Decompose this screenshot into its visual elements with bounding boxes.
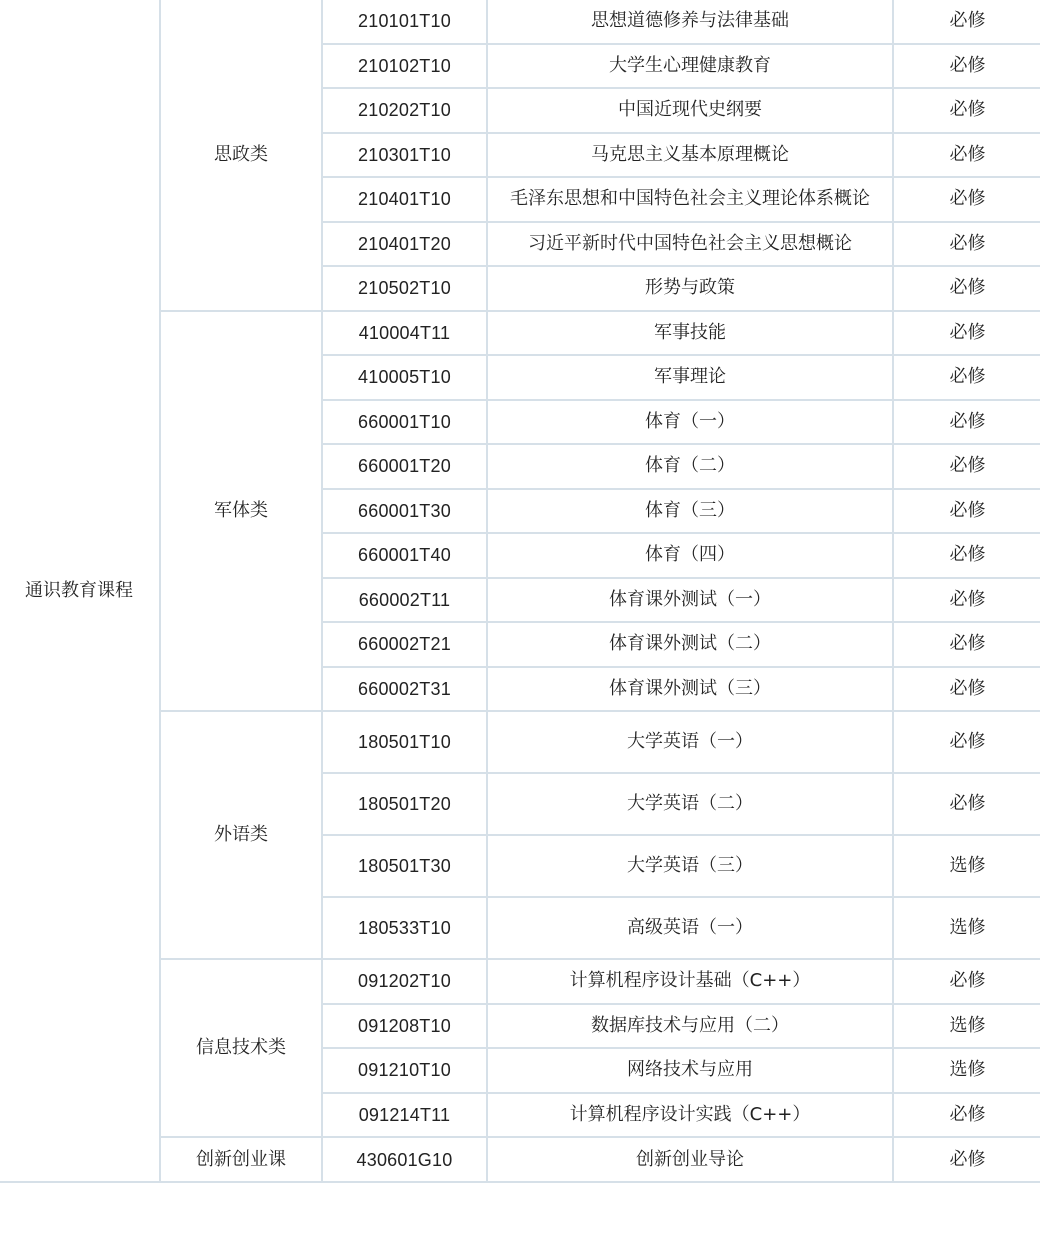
- course-code: 210301T10: [322, 133, 487, 178]
- course-requirement: 必修: [893, 444, 1040, 489]
- course-name: 毛泽东思想和中国特色社会主义理论体系概论: [487, 177, 893, 222]
- course-requirement: 必修: [893, 88, 1040, 133]
- course-name: 体育（一）: [487, 400, 893, 445]
- course-name: 计算机程序设计实践（C++）: [487, 1093, 893, 1138]
- course-code: 410004T11: [322, 311, 487, 356]
- course-code: 180501T10: [322, 711, 487, 773]
- course-code: 091202T10: [322, 959, 487, 1004]
- course-code: 210102T10: [322, 44, 487, 89]
- course-code: 660001T30: [322, 489, 487, 534]
- course-code: 210401T20: [322, 222, 487, 267]
- course-name: 大学生心理健康教育: [487, 44, 893, 89]
- course-code: 180501T30: [322, 835, 487, 897]
- course-requirement: 必修: [893, 959, 1040, 1004]
- course-name: 体育课外测试（二）: [487, 622, 893, 667]
- course-name: 体育（二）: [487, 444, 893, 489]
- course-code: 660002T11: [322, 578, 487, 623]
- course-name: 体育（三）: [487, 489, 893, 534]
- course-requirement: 必修: [893, 533, 1040, 578]
- course-code: 210202T10: [322, 88, 487, 133]
- course-code: 660002T21: [322, 622, 487, 667]
- course-name: 大学英语（三）: [487, 835, 893, 897]
- course-requirement: 必修: [893, 489, 1040, 534]
- course-requirement: 选修: [893, 835, 1040, 897]
- category-cell: 军体类: [160, 311, 322, 712]
- course-requirement: 必修: [893, 578, 1040, 623]
- course-requirement: 必修: [893, 222, 1040, 267]
- course-name: 习近平新时代中国特色社会主义思想概论: [487, 222, 893, 267]
- course-code: 660001T40: [322, 533, 487, 578]
- course-code: 180533T10: [322, 897, 487, 959]
- course-code: 091210T10: [322, 1048, 487, 1093]
- course-name: 军事技能: [487, 311, 893, 356]
- course-requirement: 必修: [893, 1137, 1040, 1182]
- course-code: 210502T10: [322, 266, 487, 311]
- course-requirement: 必修: [893, 266, 1040, 311]
- course-requirement: 选修: [893, 1004, 1040, 1049]
- curriculum-table: 通识教育课程 思政类 210101T10 思想道德修养与法律基础 必修 2101…: [0, 0, 1040, 1183]
- course-requirement: 选修: [893, 897, 1040, 959]
- course-name: 马克思主义基本原理概论: [487, 133, 893, 178]
- course-code: 210401T10: [322, 177, 487, 222]
- course-code: 091208T10: [322, 1004, 487, 1049]
- course-requirement: 必修: [893, 667, 1040, 712]
- curriculum-table-container: 通识教育课程 思政类 210101T10 思想道德修养与法律基础 必修 2101…: [0, 0, 1040, 1234]
- course-requirement: 必修: [893, 311, 1040, 356]
- course-requirement: 必修: [893, 622, 1040, 667]
- course-name: 数据库技术与应用（二）: [487, 1004, 893, 1049]
- course-code: 410005T10: [322, 355, 487, 400]
- course-requirement: 必修: [893, 400, 1040, 445]
- course-name: 思想道德修养与法律基础: [487, 0, 893, 44]
- course-requirement: 必修: [893, 355, 1040, 400]
- course-name: 形势与政策: [487, 266, 893, 311]
- course-code: 660001T10: [322, 400, 487, 445]
- course-requirement: 必修: [893, 133, 1040, 178]
- course-name: 军事理论: [487, 355, 893, 400]
- course-code: 430601G10: [322, 1137, 487, 1182]
- course-code: 091214T11: [322, 1093, 487, 1138]
- course-requirement: 必修: [893, 177, 1040, 222]
- course-code: 660002T31: [322, 667, 487, 712]
- course-name: 创新创业导论: [487, 1137, 893, 1182]
- course-requirement: 必修: [893, 711, 1040, 773]
- course-name: 中国近现代史纲要: [487, 88, 893, 133]
- course-requirement: 必修: [893, 773, 1040, 835]
- course-type-cell: 通识教育课程: [0, 0, 160, 1182]
- course-code: 660001T20: [322, 444, 487, 489]
- course-name: 体育课外测试（一）: [487, 578, 893, 623]
- course-name: 大学英语（二）: [487, 773, 893, 835]
- course-name: 体育（四）: [487, 533, 893, 578]
- course-requirement: 必修: [893, 1093, 1040, 1138]
- course-code: 210101T10: [322, 0, 487, 44]
- category-cell: 信息技术类: [160, 959, 322, 1137]
- table-row: 通识教育课程 思政类 210101T10 思想道德修养与法律基础 必修: [0, 0, 1040, 44]
- course-code: 180501T20: [322, 773, 487, 835]
- category-cell: 外语类: [160, 711, 322, 959]
- course-name: 体育课外测试（三）: [487, 667, 893, 712]
- category-cell: 创新创业课: [160, 1137, 322, 1182]
- course-requirement: 必修: [893, 0, 1040, 44]
- course-name: 计算机程序设计基础（C++）: [487, 959, 893, 1004]
- course-requirement: 必修: [893, 44, 1040, 89]
- course-name: 高级英语（一）: [487, 897, 893, 959]
- course-name: 网络技术与应用: [487, 1048, 893, 1093]
- course-name: 大学英语（一）: [487, 711, 893, 773]
- course-requirement: 选修: [893, 1048, 1040, 1093]
- category-cell: 思政类: [160, 0, 322, 311]
